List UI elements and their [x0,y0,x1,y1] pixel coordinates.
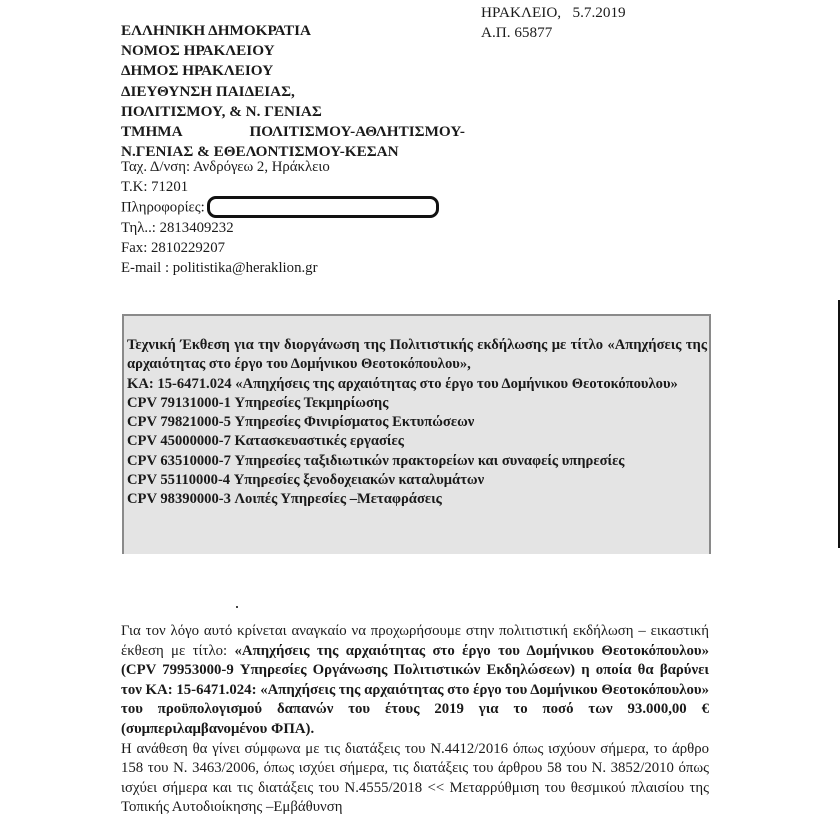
department-word: ΠΟΛΙΤΙΣΜΟΥ-ΑΘΛΗΤΙΣΜΟΥ- [249,122,465,142]
address: Ταχ. Δ/νση: Ανδρόγεω 2, Ηράκλειο [121,158,439,178]
org-line: ΔΙΕΥΘΥΝΣΗ ΠΑΙΔΕΙΑΣ, [121,82,465,102]
fax: Fax: 2810229207 [121,239,439,259]
stray-mark [236,606,238,608]
budget-code: ΚΑ: 15-6471.024 «Απηχήσεις της αρχαιότητ… [127,375,707,394]
cpv-list: CPV 79131000-1 Υπηρεσίες Τεκμηρίωσης CPV… [127,394,707,510]
email: E-mail : politistika@heraklion.gr [121,259,439,279]
info-label: Πληροφορίες: [121,200,205,216]
issuing-authority-block: ΕΛΛΗΝΙΚΗ ΔΗΜΟΚΡΑΤΙΑ ΝΟΜΟΣ ΗΡΑΚΛΕΙΟΥ ΔΗΜΟ… [121,21,465,162]
department-line: ΤΜΗΜΑ ΠΟΛΙΤΙΣΜΟΥ-ΑΘΛΗΤΙΣΜΟΥ- [121,122,465,142]
cpv-item: CPV 63510000-7 Υπηρεσίες ταξιδιωτικών πρ… [127,452,707,471]
summary-box-content: Τεχνική Έκθεση για την διοργάνωση της Πο… [127,336,707,510]
org-line: ΔΗΜΟΣ ΗΡΑΚΛΕΙΟΥ [121,61,465,81]
protocol-number: Α.Π. 65877 [481,23,626,43]
info-line: Πληροφορίες: [121,197,439,219]
body-text: Για τον λόγο αυτό κρίνεται αναγκαίο να π… [121,622,709,818]
phone: Τηλ..: 2813409232 [121,219,439,239]
contact-block: Ταχ. Δ/νση: Ανδρόγεω 2, Ηράκλειο Τ.Κ: 71… [121,158,439,279]
cpv-item: CPV 98390000-3 Λοιπές Υπηρεσίες –Μεταφρά… [127,490,707,509]
cpv-item: CPV 45000000-7 Κατασκευαστικές εργασίες [127,432,707,451]
redaction-mark [207,196,439,218]
date-protocol-block: ΗΡΑΚΛΕΙΟ, 5.7.2019 Α.Π. 65877 [481,3,626,43]
report-title: Τεχνική Έκθεση για την διοργάνωση της Πο… [127,336,707,375]
cpv-item: CPV 79131000-1 Υπηρεσίες Τεκμηρίωσης [127,394,707,413]
paragraph-legal-basis: Η ανάθεση θα γίνει σύμφωνα με τις διατάξ… [121,740,709,818]
postal-code: Τ.Κ: 71201 [121,178,439,198]
org-line: ΝΟΜΟΣ ΗΡΑΚΛΕΙΟΥ [121,41,465,61]
cpv-item: CPV 79821000-5 Υπηρεσίες Φινιρίσματος Εκ… [127,413,707,432]
cpv-item: CPV 55110000-4 Υπηρεσίες ξενοδοχειακών κ… [127,471,707,490]
department-word: ΤΜΗΜΑ [121,122,183,142]
place-date: ΗΡΑΚΛΕΙΟ, 5.7.2019 [481,3,626,23]
org-line: ΠΟΛΙΤΙΣΜΟΥ, & Ν. ΓΕΝΙΑΣ [121,102,465,122]
paragraph-justification: Για τον λόγο αυτό κρίνεται αναγκαίο να π… [121,622,709,740]
org-line: ΕΛΛΗΝΙΚΗ ΔΗΜΟΚΡΑΤΙΑ [121,21,465,41]
